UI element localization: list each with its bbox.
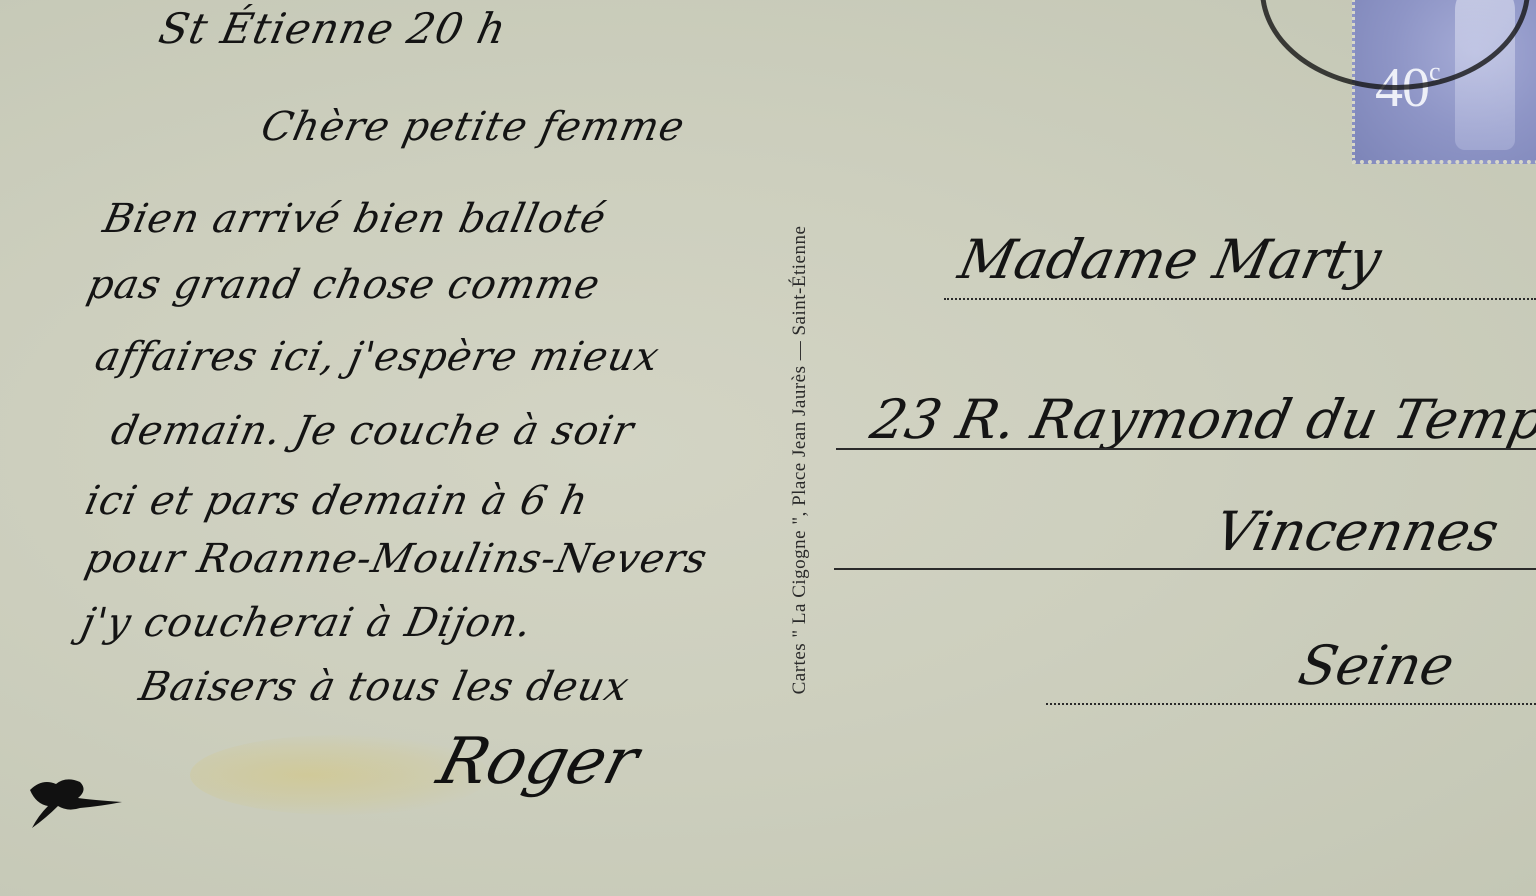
message-line-3: affaires ici, j'espère mieux <box>91 334 663 380</box>
message-line-8: Baisers à tous les deux <box>135 664 633 710</box>
message-line-5: ici et pars demain à 6 h <box>81 478 593 524</box>
message-line-6: pour Roanne-Moulins-Nevers <box>81 536 712 582</box>
message-place-date: St Étienne 20 h <box>155 4 511 53</box>
address-city: Vincennes <box>1209 500 1504 563</box>
signature: Roger <box>430 725 646 799</box>
postcard-back: St Étienne 20 h Chère petite femme Bien … <box>0 0 1536 896</box>
address-name: Madame Marty <box>953 228 1386 291</box>
message-line-1: Bien arrivé bien balloté <box>99 196 610 242</box>
address-line-3 <box>834 568 1536 570</box>
message-greeting: Chère petite femme <box>257 104 689 150</box>
message-line-7: j'y coucherai à Dijon. <box>77 600 536 646</box>
message-line-4: demain. Je couche à soir <box>107 408 638 454</box>
address-line-2 <box>836 448 1536 450</box>
address-line-4 <box>1046 703 1536 705</box>
address-street: 23 R. Raymond du Temple <box>865 388 1536 451</box>
ink-mark-icon <box>22 772 132 832</box>
printer-imprint-text: Cartes " La Cigogne ", Place Jean Jaurès… <box>789 226 811 695</box>
message-line-2: pas grand chose comme <box>83 262 604 308</box>
address-line-1 <box>944 298 1536 300</box>
address-department: Seine <box>1293 634 1459 697</box>
